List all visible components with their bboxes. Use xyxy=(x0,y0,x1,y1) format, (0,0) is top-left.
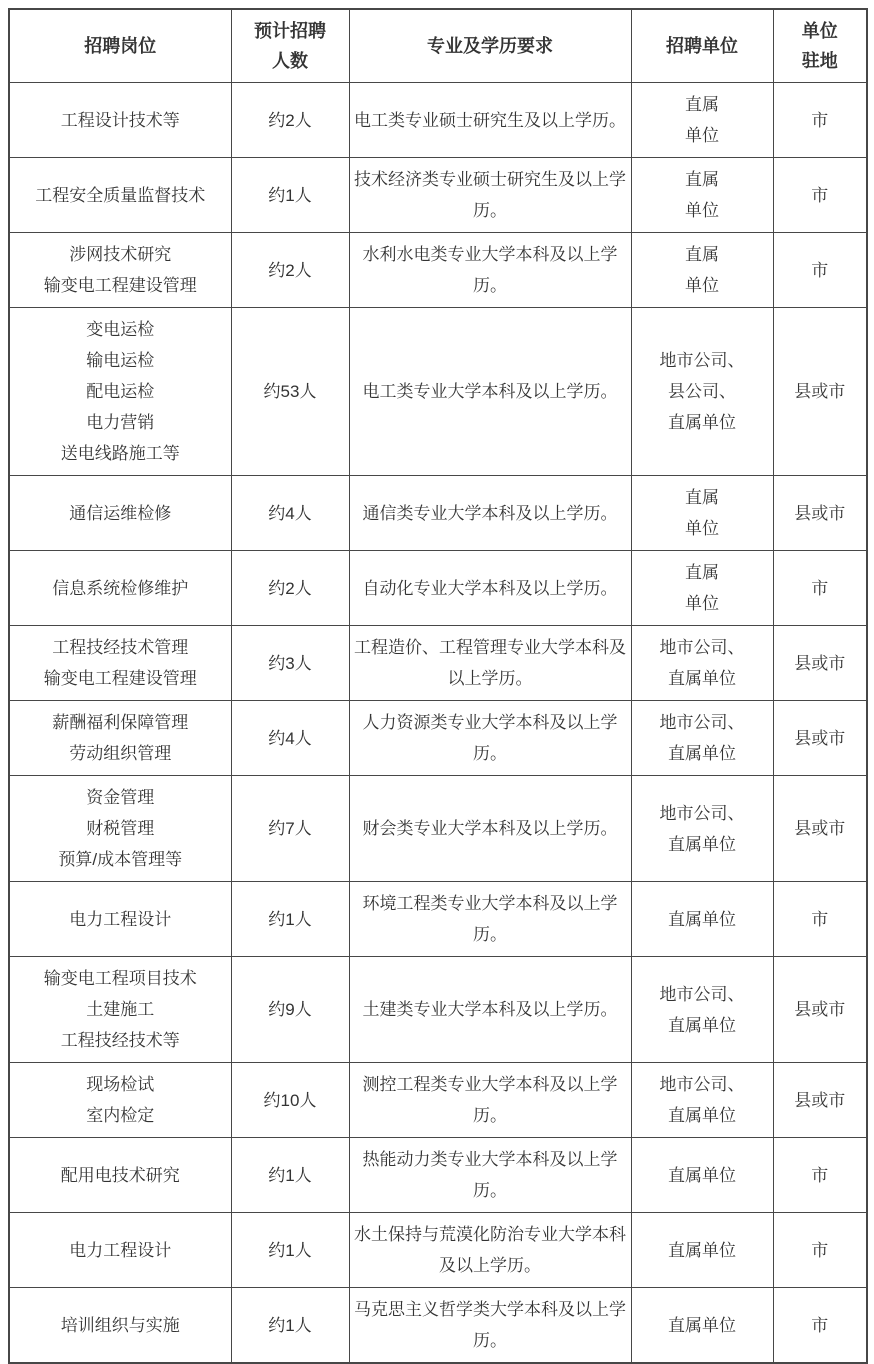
count-cell: 约9人 xyxy=(231,957,349,1063)
position-cell: 电力工程设计 xyxy=(9,1213,231,1288)
count-cell: 约10人 xyxy=(231,1063,349,1138)
table-row: 工程技经技术管理 输变电工程建设管理 约3人 工程造价、工程管理专业大学本科及以… xyxy=(9,626,867,701)
position-cell: 薪酬福利保障管理 劳动组织管理 xyxy=(9,701,231,776)
table-row: 电力工程设计 约1人 水土保持与荒漠化防治专业大学本科及以上学历。 直属单位 市 xyxy=(9,1213,867,1288)
employer-cell: 地市公司、 县公司、 直属单位 xyxy=(631,308,773,476)
employer-cell: 直属 单位 xyxy=(631,476,773,551)
count-cell: 约1人 xyxy=(231,1213,349,1288)
table-body: 工程设计技术等 约2人 电工类专业硕士研究生及以上学历。 直属 单位 市 工程安… xyxy=(9,83,867,1364)
location-cell: 市 xyxy=(773,233,867,308)
count-cell: 约1人 xyxy=(231,882,349,957)
requirements-cell: 人力资源类专业大学本科及以上学历。 xyxy=(349,701,631,776)
table-row: 培训组织与实施 约1人 马克思主义哲学类大学本科及以上学历。 直属单位 市 xyxy=(9,1288,867,1364)
employer-cell: 直属 单位 xyxy=(631,551,773,626)
location-cell: 县或市 xyxy=(773,957,867,1063)
position-cell: 输变电工程项目技术 土建施工 工程技经技术等 xyxy=(9,957,231,1063)
position-cell: 电力工程设计 xyxy=(9,882,231,957)
requirements-cell: 通信类专业大学本科及以上学历。 xyxy=(349,476,631,551)
requirements-cell: 工程造价、工程管理专业大学本科及以上学历。 xyxy=(349,626,631,701)
requirements-cell: 技术经济类专业硕士研究生及以上学历。 xyxy=(349,158,631,233)
requirements-cell: 马克思主义哲学类大学本科及以上学历。 xyxy=(349,1288,631,1364)
position-cell: 资金管理 财税管理 预算/成本管理等 xyxy=(9,776,231,882)
position-cell: 现场检试 室内检定 xyxy=(9,1063,231,1138)
header-count: 预计招聘 人数 xyxy=(231,9,349,83)
count-cell: 约3人 xyxy=(231,626,349,701)
employer-cell: 地市公司、 直属单位 xyxy=(631,957,773,1063)
employer-cell: 地市公司、 直属单位 xyxy=(631,701,773,776)
position-cell: 工程设计技术等 xyxy=(9,83,231,158)
table-row: 薪酬福利保障管理 劳动组织管理 约4人 人力资源类专业大学本科及以上学历。 地市… xyxy=(9,701,867,776)
header-employer: 招聘单位 xyxy=(631,9,773,83)
requirements-cell: 电工类专业硕士研究生及以上学历。 xyxy=(349,83,631,158)
count-cell: 约53人 xyxy=(231,308,349,476)
employer-cell: 直属 单位 xyxy=(631,83,773,158)
position-cell: 工程技经技术管理 输变电工程建设管理 xyxy=(9,626,231,701)
position-cell: 工程安全质量监督技术 xyxy=(9,158,231,233)
page: 招聘岗位 预计招聘 人数 专业及学历要求 招聘单位 单位 驻地 工程设计技术等 … xyxy=(0,0,874,1252)
count-cell: 约2人 xyxy=(231,551,349,626)
location-cell: 县或市 xyxy=(773,308,867,476)
position-cell: 配用电技术研究 xyxy=(9,1138,231,1213)
location-cell: 县或市 xyxy=(773,476,867,551)
count-cell: 约1人 xyxy=(231,1288,349,1364)
table-row: 现场检试 室内检定 约10人 测控工程类专业大学本科及以上学历。 地市公司、 直… xyxy=(9,1063,867,1138)
count-cell: 约4人 xyxy=(231,701,349,776)
table-row: 工程安全质量监督技术 约1人 技术经济类专业硕士研究生及以上学历。 直属 单位 … xyxy=(9,158,867,233)
count-cell: 约1人 xyxy=(231,158,349,233)
requirements-cell: 电工类专业大学本科及以上学历。 xyxy=(349,308,631,476)
position-cell: 通信运维检修 xyxy=(9,476,231,551)
requirements-cell: 财会类专业大学本科及以上学历。 xyxy=(349,776,631,882)
location-cell: 县或市 xyxy=(773,626,867,701)
position-cell: 涉网技术研究 输变电工程建设管理 xyxy=(9,233,231,308)
location-cell: 市 xyxy=(773,551,867,626)
requirements-cell: 水利水电类专业大学本科及以上学历。 xyxy=(349,233,631,308)
header-position: 招聘岗位 xyxy=(9,9,231,83)
employer-cell: 直属 单位 xyxy=(631,158,773,233)
requirements-cell: 测控工程类专业大学本科及以上学历。 xyxy=(349,1063,631,1138)
employer-cell: 地市公司、 直属单位 xyxy=(631,776,773,882)
location-cell: 县或市 xyxy=(773,701,867,776)
position-cell: 信息系统检修维护 xyxy=(9,551,231,626)
location-cell: 市 xyxy=(773,1213,867,1288)
header-requirements: 专业及学历要求 xyxy=(349,9,631,83)
count-cell: 约4人 xyxy=(231,476,349,551)
count-cell: 约7人 xyxy=(231,776,349,882)
requirements-cell: 环境工程类专业大学本科及以上学历。 xyxy=(349,882,631,957)
employer-cell: 直属单位 xyxy=(631,1138,773,1213)
employer-cell: 直属单位 xyxy=(631,1213,773,1288)
requirements-cell: 水土保持与荒漠化防治专业大学本科及以上学历。 xyxy=(349,1213,631,1288)
employer-cell: 直属单位 xyxy=(631,1288,773,1364)
requirements-cell: 土建类专业大学本科及以上学历。 xyxy=(349,957,631,1063)
table-row: 输变电工程项目技术 土建施工 工程技经技术等 约9人 土建类专业大学本科及以上学… xyxy=(9,957,867,1063)
location-cell: 市 xyxy=(773,882,867,957)
table-row: 变电运检 输电运检 配电运检 电力营销 送电线路施工等 约53人 电工类专业大学… xyxy=(9,308,867,476)
table-row: 信息系统检修维护 约2人 自动化专业大学本科及以上学历。 直属 单位 市 xyxy=(9,551,867,626)
table-row: 电力工程设计 约1人 环境工程类专业大学本科及以上学历。 直属单位 市 xyxy=(9,882,867,957)
count-cell: 约2人 xyxy=(231,233,349,308)
requirements-cell: 自动化专业大学本科及以上学历。 xyxy=(349,551,631,626)
employer-cell: 直属 单位 xyxy=(631,233,773,308)
table-row: 工程设计技术等 约2人 电工类专业硕士研究生及以上学历。 直属 单位 市 xyxy=(9,83,867,158)
table-row: 资金管理 财税管理 预算/成本管理等 约7人 财会类专业大学本科及以上学历。 地… xyxy=(9,776,867,882)
position-cell: 培训组织与实施 xyxy=(9,1288,231,1364)
position-cell: 变电运检 输电运检 配电运检 电力营销 送电线路施工等 xyxy=(9,308,231,476)
table-row: 通信运维检修 约4人 通信类专业大学本科及以上学历。 直属 单位 县或市 xyxy=(9,476,867,551)
count-cell: 约1人 xyxy=(231,1138,349,1213)
location-cell: 市 xyxy=(773,1138,867,1213)
recruitment-table: 招聘岗位 预计招聘 人数 专业及学历要求 招聘单位 单位 驻地 工程设计技术等 … xyxy=(8,8,868,1364)
header-location: 单位 驻地 xyxy=(773,9,867,83)
location-cell: 市 xyxy=(773,1288,867,1364)
requirements-cell: 热能动力类专业大学本科及以上学历。 xyxy=(349,1138,631,1213)
employer-cell: 直属单位 xyxy=(631,882,773,957)
location-cell: 县或市 xyxy=(773,776,867,882)
location-cell: 市 xyxy=(773,83,867,158)
table-header: 招聘岗位 预计招聘 人数 专业及学历要求 招聘单位 单位 驻地 xyxy=(9,9,867,83)
location-cell: 市 xyxy=(773,158,867,233)
table-row: 配用电技术研究 约1人 热能动力类专业大学本科及以上学历。 直属单位 市 xyxy=(9,1138,867,1213)
count-cell: 约2人 xyxy=(231,83,349,158)
table-row: 涉网技术研究 输变电工程建设管理 约2人 水利水电类专业大学本科及以上学历。 直… xyxy=(9,233,867,308)
employer-cell: 地市公司、 直属单位 xyxy=(631,626,773,701)
location-cell: 县或市 xyxy=(773,1063,867,1138)
employer-cell: 地市公司、 直属单位 xyxy=(631,1063,773,1138)
header-row: 招聘岗位 预计招聘 人数 专业及学历要求 招聘单位 单位 驻地 xyxy=(9,9,867,83)
